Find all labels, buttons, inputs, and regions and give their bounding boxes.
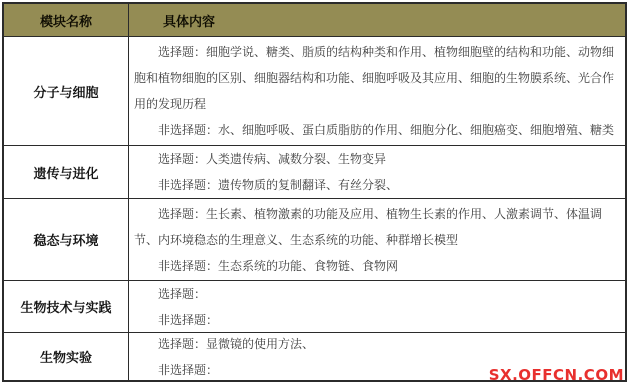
site-watermark: SX.OFFCN.COM <box>489 366 624 384</box>
cell-paragraph: 选择题： <box>134 281 615 307</box>
exam-modules-table: 模块名称 具体内容 分子与细胞 选择题：细胞学说、糖类、脂质的结构种类和作用、植… <box>2 2 627 382</box>
cell-paragraph: 非选择题：生态系统的功能、食物链、食物网 <box>134 253 615 279</box>
content-cell: 选择题：生长素、植物激素的功能及应用、植物生长素的作用、人激素调节、体温调节、内… <box>129 199 625 280</box>
cell-paragraph: 选择题：人类遗传病、减数分裂、生物变异 <box>134 146 615 172</box>
cell-paragraph: 非选择题：遗传物质的复制翻译、有丝分裂、 <box>134 172 615 198</box>
module-name-cell: 稳态与环境 <box>4 199 129 280</box>
cell-paragraph: 选择题：生长素、植物激素的功能及应用、植物生长素的作用、人激素调节、体温调节、内… <box>134 201 615 253</box>
content-cell: 选择题： 非选择题： <box>129 281 625 332</box>
table-header-row: 模块名称 具体内容 <box>4 4 625 37</box>
module-name-cell: 生物技术与实践 <box>4 281 129 332</box>
cell-paragraph: 选择题：细胞学说、糖类、脂质的结构种类和作用、植物细胞壁的结构和功能、动物细胞和… <box>134 39 615 117</box>
table-row: 遗传与进化 选择题：人类遗传病、减数分裂、生物变异 非选择题：遗传物质的复制翻译… <box>4 146 625 199</box>
content-cell: 选择题：细胞学说、糖类、脂质的结构种类和作用、植物细胞壁的结构和功能、动物细胞和… <box>129 37 625 145</box>
cell-paragraph: 选择题：显微镜的使用方法、 <box>134 331 615 357</box>
content-cell: 选择题：人类遗传病、减数分裂、生物变异 非选择题：遗传物质的复制翻译、有丝分裂、 <box>129 146 625 198</box>
module-name-cell: 分子与细胞 <box>4 37 129 145</box>
module-name-cell: 遗传与进化 <box>4 146 129 198</box>
header-cell-module-name: 模块名称 <box>4 4 129 36</box>
cell-paragraph: 非选择题：水、细胞呼吸、蛋白质脂肪的作用、细胞分化、细胞癌变、细胞增殖、糖类 <box>134 117 615 143</box>
table-row: 稳态与环境 选择题：生长素、植物激素的功能及应用、植物生长素的作用、人激素调节、… <box>4 199 625 281</box>
module-name-cell: 生物实验 <box>4 333 129 380</box>
table-row: 生物技术与实践 选择题： 非选择题： <box>4 281 625 333</box>
header-cell-content: 具体内容 <box>129 4 625 36</box>
cell-paragraph: 非选择题： <box>134 307 615 333</box>
table-row: 分子与细胞 选择题：细胞学说、糖类、脂质的结构种类和作用、植物细胞壁的结构和功能… <box>4 37 625 146</box>
